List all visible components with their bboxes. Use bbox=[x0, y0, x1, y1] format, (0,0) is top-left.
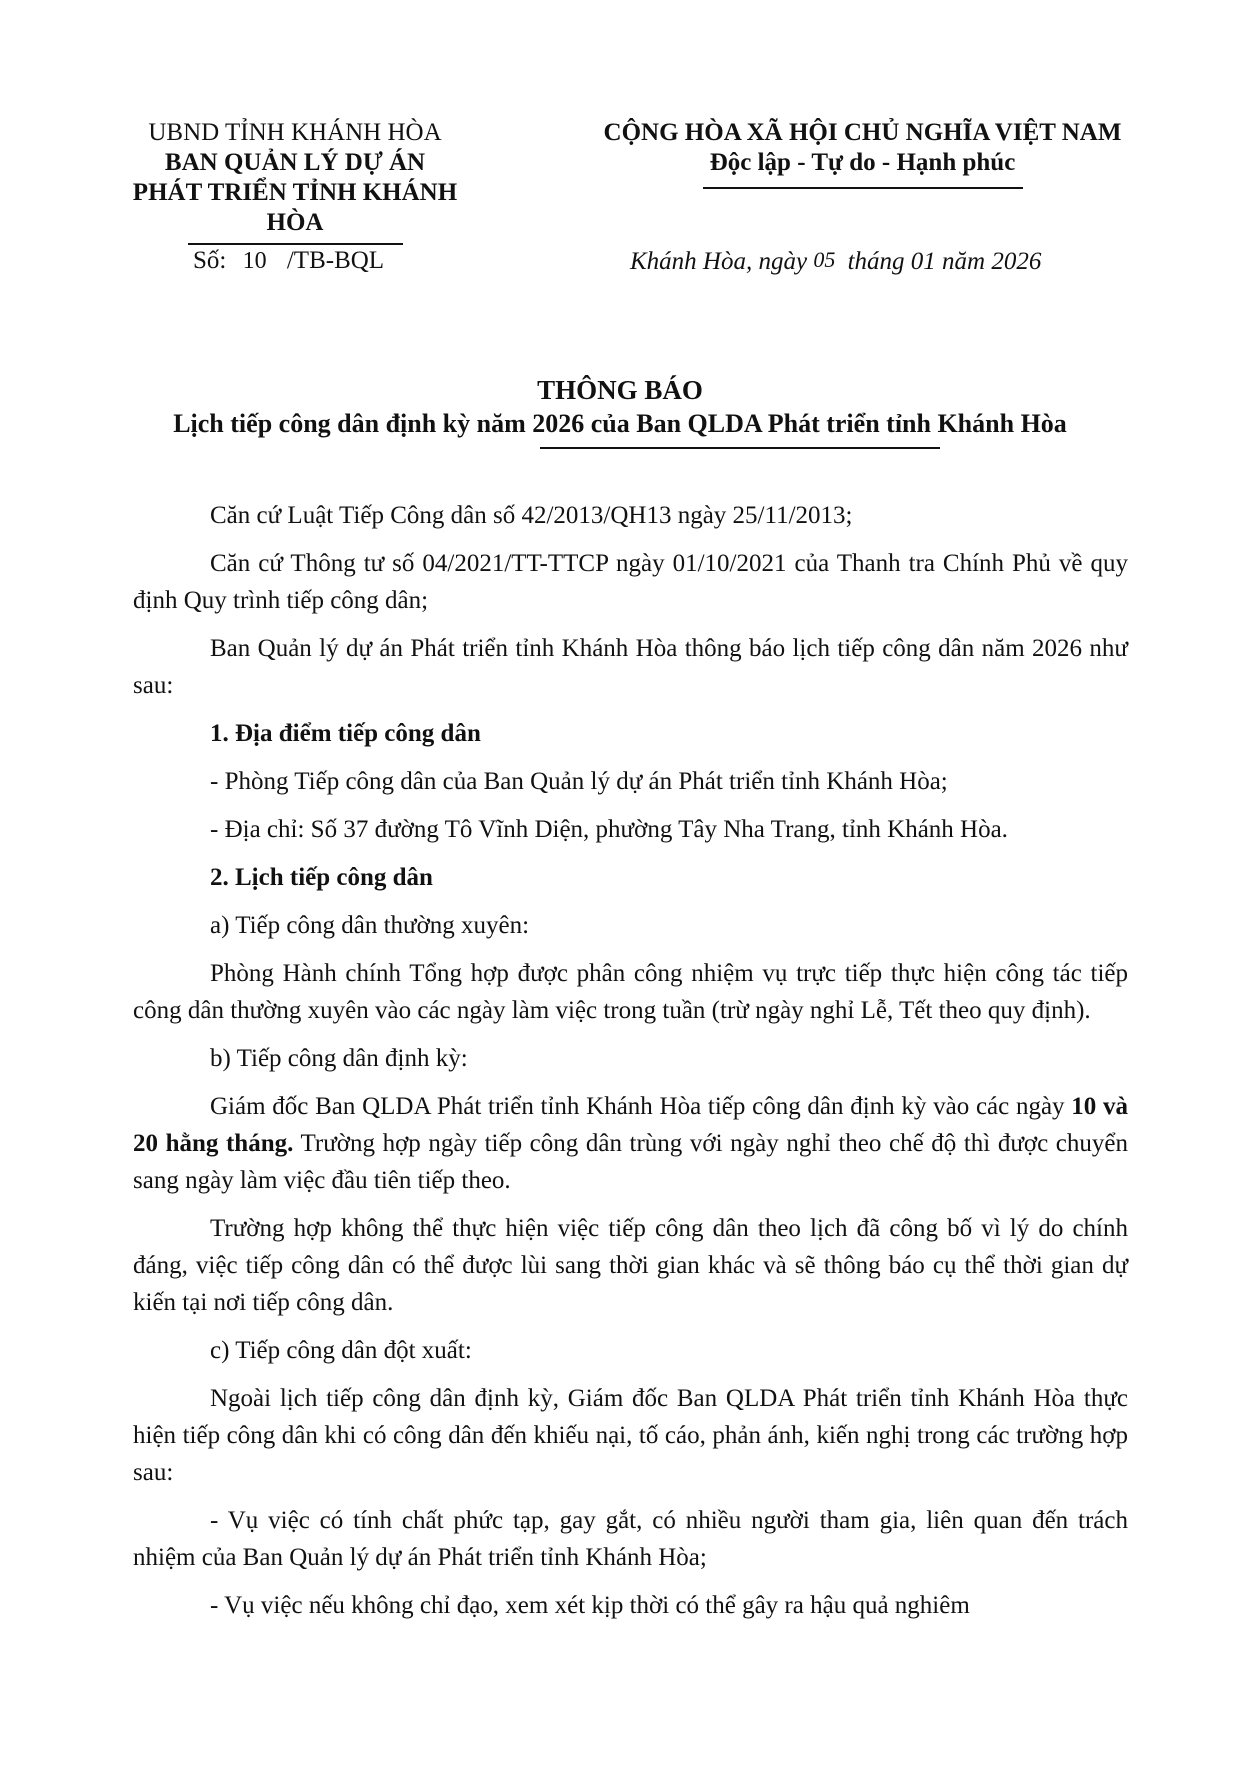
document-body: Căn cứ Luật Tiếp Công dân số 42/2013/QH1… bbox=[133, 497, 1128, 1635]
address-item: - Địa chỉ: Số 37 đường Tô Vĩnh Diện, phư… bbox=[133, 811, 1128, 848]
doc-type: THÔNG BÁO bbox=[120, 372, 1120, 408]
org-name-line2: PHÁT TRIỂN TỈNH KHÁNH HÒA bbox=[130, 178, 460, 238]
intro-paragraph: Ban Quản lý dự án Phát triển tỉnh Khánh … bbox=[133, 630, 1128, 704]
motto: Độc lập - Tự do - Hạnh phúc bbox=[570, 148, 1155, 178]
title-underline bbox=[540, 447, 940, 449]
date-prefix: Khánh Hòa, ngày bbox=[630, 248, 807, 275]
doc-number-label: Số: bbox=[193, 247, 226, 274]
subsection-c-heading: c) Tiếp công dân đột xuất: bbox=[133, 1332, 1128, 1369]
date-rest: tháng 01 năm 2026 bbox=[848, 248, 1042, 275]
motto-underline bbox=[703, 187, 1023, 189]
subsection-c-item-1: - Vụ việc có tính chất phức tạp, gay gắt… bbox=[133, 1502, 1128, 1576]
legal-basis-1: Căn cứ Luật Tiếp Công dân số 42/2013/QH1… bbox=[133, 497, 1128, 534]
subsection-b-text-2: Trường hợp không thể thực hiện việc tiếp… bbox=[133, 1210, 1128, 1321]
document-date: Khánh Hòa, ngày 05 tháng 01 năm 2026 bbox=[630, 247, 1041, 276]
doc-number-suffix: /TB-BQL bbox=[287, 247, 384, 274]
subsection-a-heading: a) Tiếp công dân thường xuyên: bbox=[133, 907, 1128, 944]
document-page: UBND TỈNH KHÁNH HÒA BAN QUẢN LÝ DỰ ÁN PH… bbox=[0, 0, 1240, 1774]
issuing-agency-block: UBND TỈNH KHÁNH HÒA BAN QUẢN LÝ DỰ ÁN PH… bbox=[130, 118, 460, 245]
subsection-c-item-2: - Vụ việc nếu không chỉ đạo, xem xét kịp… bbox=[133, 1587, 1128, 1624]
subsection-a-text: Phòng Hành chính Tổng hợp được phân công… bbox=[133, 955, 1128, 1029]
nation-name: CỘNG HÒA XÃ HỘI CHỦ NGHĨA VIỆT NAM bbox=[570, 118, 1155, 148]
document-title: THÔNG BÁO Lịch tiếp công dân định kỳ năm… bbox=[120, 372, 1120, 449]
agency-underline bbox=[188, 243, 403, 245]
subsection-c-text: Ngoài lịch tiếp công dân định kỳ, Giám đ… bbox=[133, 1380, 1128, 1491]
b-text-pre: Giám đốc Ban QLDA Phát triển tỉnh Khánh … bbox=[210, 1093, 1071, 1120]
document-number: Số: 10 /TB-BQL bbox=[193, 247, 384, 275]
date-day: 05 bbox=[813, 247, 835, 272]
national-motto-block: CỘNG HÒA XÃ HỘI CHỦ NGHĨA VIỆT NAM Độc l… bbox=[570, 118, 1155, 189]
org-name-line1: BAN QUẢN LÝ DỰ ÁN bbox=[130, 148, 460, 178]
section-1-heading: 1. Địa điểm tiếp công dân bbox=[133, 715, 1128, 752]
subsection-b-text: Giám đốc Ban QLDA Phát triển tỉnh Khánh … bbox=[133, 1088, 1128, 1199]
legal-basis-2: Căn cứ Thông tư số 04/2021/TT-TTCP ngày … bbox=[133, 545, 1128, 619]
doc-number-value: 10 bbox=[243, 248, 267, 275]
parent-org: UBND TỈNH KHÁNH HÒA bbox=[130, 118, 460, 148]
section-2-heading: 2. Lịch tiếp công dân bbox=[133, 859, 1128, 896]
doc-subject: Lịch tiếp công dân định kỳ năm 2026 của … bbox=[120, 408, 1120, 440]
subsection-b-heading: b) Tiếp công dân định kỳ: bbox=[133, 1040, 1128, 1077]
location-item: - Phòng Tiếp công dân của Ban Quản lý dự… bbox=[133, 763, 1128, 800]
